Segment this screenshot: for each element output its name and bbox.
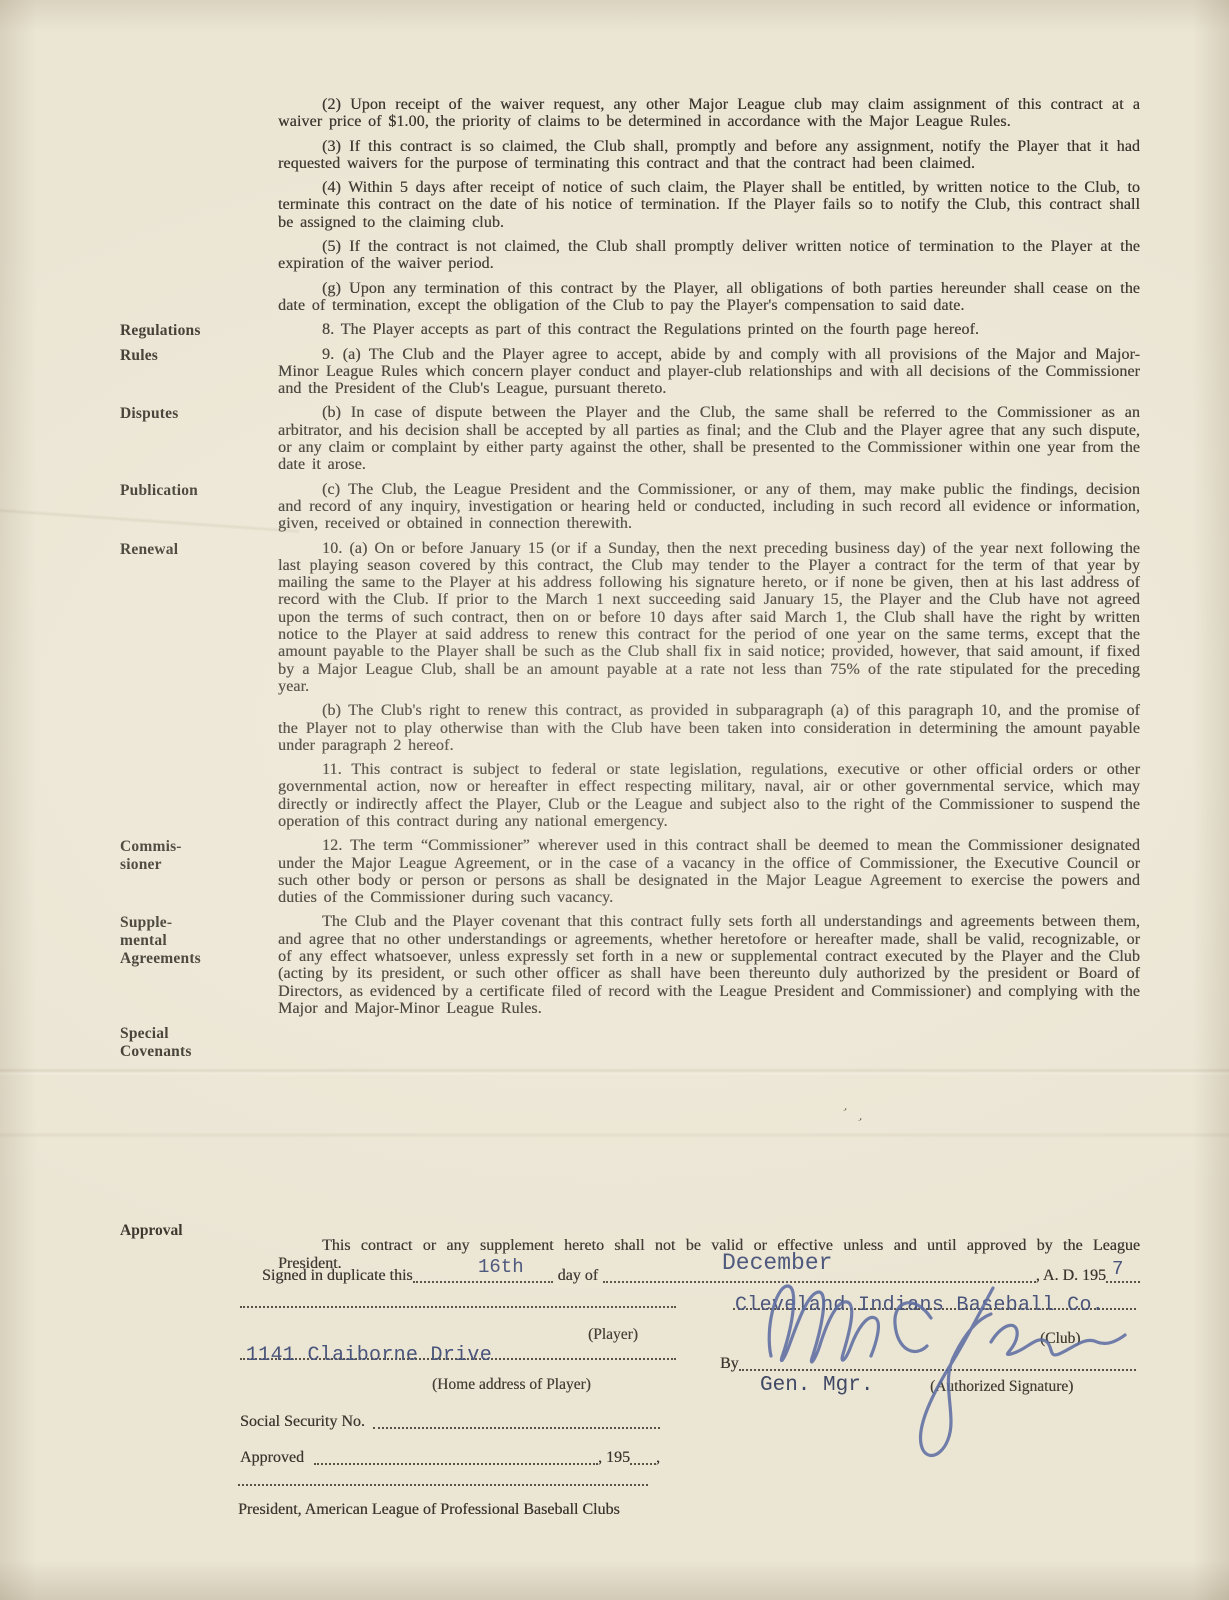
- clause-waiver-3: (3) If this contract is so claimed, the …: [278, 138, 1140, 173]
- section-supplemental-agreements: Supple- mental Agreements The Club and t…: [278, 913, 1140, 1017]
- typed-month-value: December: [722, 1250, 832, 1276]
- approved-year-prefix: , 195: [598, 1450, 630, 1467]
- by-label: By: [720, 1356, 739, 1373]
- margin-label-commissioner: Commis- sioner: [120, 838, 270, 874]
- margin-label-renewal: Renewal: [120, 541, 270, 559]
- clause-termination-g: (g) Upon any termination of this contrac…: [278, 280, 1140, 315]
- clause-government-11: 11. This contract is subject to federal …: [278, 761, 1140, 830]
- club-caption: (Club): [1040, 1330, 1080, 1348]
- ssn-label: Social Security No.: [240, 1414, 373, 1431]
- ssn-line: Social Security No.: [240, 1414, 660, 1431]
- section-rules: Rules 9. (a) The Club and the Player agr…: [278, 346, 1140, 398]
- margin-label-rules: Rules: [120, 347, 270, 365]
- typed-gen-mgr-title: Gen. Mgr.: [760, 1374, 873, 1397]
- signed-day-blank: [413, 1281, 553, 1283]
- president-signature-line: [238, 1484, 648, 1488]
- typed-day-value: 16th: [478, 1256, 524, 1278]
- clause-waiver-5: (5) If the contract is not claimed, the …: [278, 238, 1140, 273]
- signed-year-blank: [1106, 1281, 1140, 1283]
- section-waiver-claims: (2) Upon receipt of the waiver request, …: [278, 96, 1140, 314]
- clause-rules-9a: 9. (a) The Club and the Player agree to …: [278, 346, 1140, 398]
- clause-renewal-10b: (b) The Club's right to renew this contr…: [278, 702, 1140, 754]
- section-regulations: Regulations 8. The Player accepts as par…: [278, 321, 1140, 338]
- approved-year-blank: [630, 1463, 656, 1465]
- contract-scan-page: { "colors": { "paper": "#ebe5d4", "print…: [0, 0, 1229, 1600]
- player-signature-line: [240, 1306, 676, 1310]
- margin-label-special-covenants: Special Covenants: [120, 1025, 270, 1061]
- clause-renewal-10a: 10. (a) On or before January 15 (or if a…: [278, 540, 1140, 696]
- typed-year-value: 7: [1112, 1258, 1123, 1280]
- contract-body: (2) Upon receipt of the waiver request, …: [278, 96, 1140, 1134]
- home-address-caption: (Home address of Player): [432, 1376, 591, 1394]
- clause-commissioner-12: 12. The term “Commissioner” wherever use…: [278, 837, 1140, 906]
- approved-date-blank: [314, 1463, 598, 1465]
- authorized-signature-line: By: [720, 1356, 1136, 1373]
- clause-waiver-4: (4) Within 5 days after receipt of notic…: [278, 179, 1140, 231]
- signed-dayof-text: day of: [553, 1268, 603, 1285]
- clause-supplemental: The Club and the Player covenant that th…: [278, 913, 1140, 1017]
- section-publication: Publication (c) The Club, the League Pre…: [278, 481, 1140, 533]
- fold-crease: [0, 508, 299, 534]
- player-signature-blank: [240, 1306, 676, 1308]
- margin-label-publication: Publication: [120, 482, 270, 500]
- ssn-blank: [373, 1427, 660, 1429]
- section-disputes: Disputes (b) In case of dispute between …: [278, 404, 1140, 473]
- signed-date-line: Signed in duplicate this day of , A. D. …: [262, 1268, 1140, 1285]
- president-signature-blank: [238, 1484, 648, 1486]
- approved-label: Approved: [240, 1450, 314, 1467]
- clause-waiver-2: (2) Upon receipt of the waiver request, …: [278, 96, 1140, 131]
- clause-publication-9c: (c) The Club, the League President and t…: [278, 481, 1140, 533]
- section-commissioner: Commis- sioner 12. The term “Commissione…: [278, 837, 1140, 906]
- margin-label-regulations: Regulations: [120, 322, 270, 340]
- president-caption: President, American League of Profession…: [238, 1502, 620, 1519]
- authorized-signature-caption: (Authorized Signature): [930, 1378, 1073, 1396]
- section-renewal: Renewal 10. (a) On or before January 15 …: [278, 540, 1140, 831]
- player-caption: (Player): [588, 1326, 638, 1344]
- signed-month-blank: [603, 1281, 1036, 1283]
- signed-prefix-text: Signed in duplicate this: [262, 1268, 413, 1285]
- clause-disputes-9b: (b) In case of dispute between the Playe…: [278, 404, 1140, 473]
- approved-trailing-comma: ,: [656, 1450, 660, 1467]
- clause-regulations-8: 8. The Player accepts as part of this co…: [278, 321, 1140, 338]
- signed-ad-text: , A. D. 195: [1036, 1268, 1106, 1285]
- section-special-covenants: Special Covenants: [278, 1024, 1140, 1134]
- margin-label-disputes: Disputes: [120, 405, 270, 423]
- typed-home-address-value: 1141 Claiborne Drive: [246, 1344, 492, 1367]
- authorized-signature-blank: [739, 1369, 1136, 1371]
- margin-label-supplemental-agreements: Supple- mental Agreements: [120, 914, 270, 968]
- margin-label-approval: Approval: [120, 1222, 270, 1240]
- approved-line: Approved , 195 ,: [240, 1450, 660, 1467]
- typed-club-value: Cleveland Indians Baseball Co.: [735, 1294, 1104, 1317]
